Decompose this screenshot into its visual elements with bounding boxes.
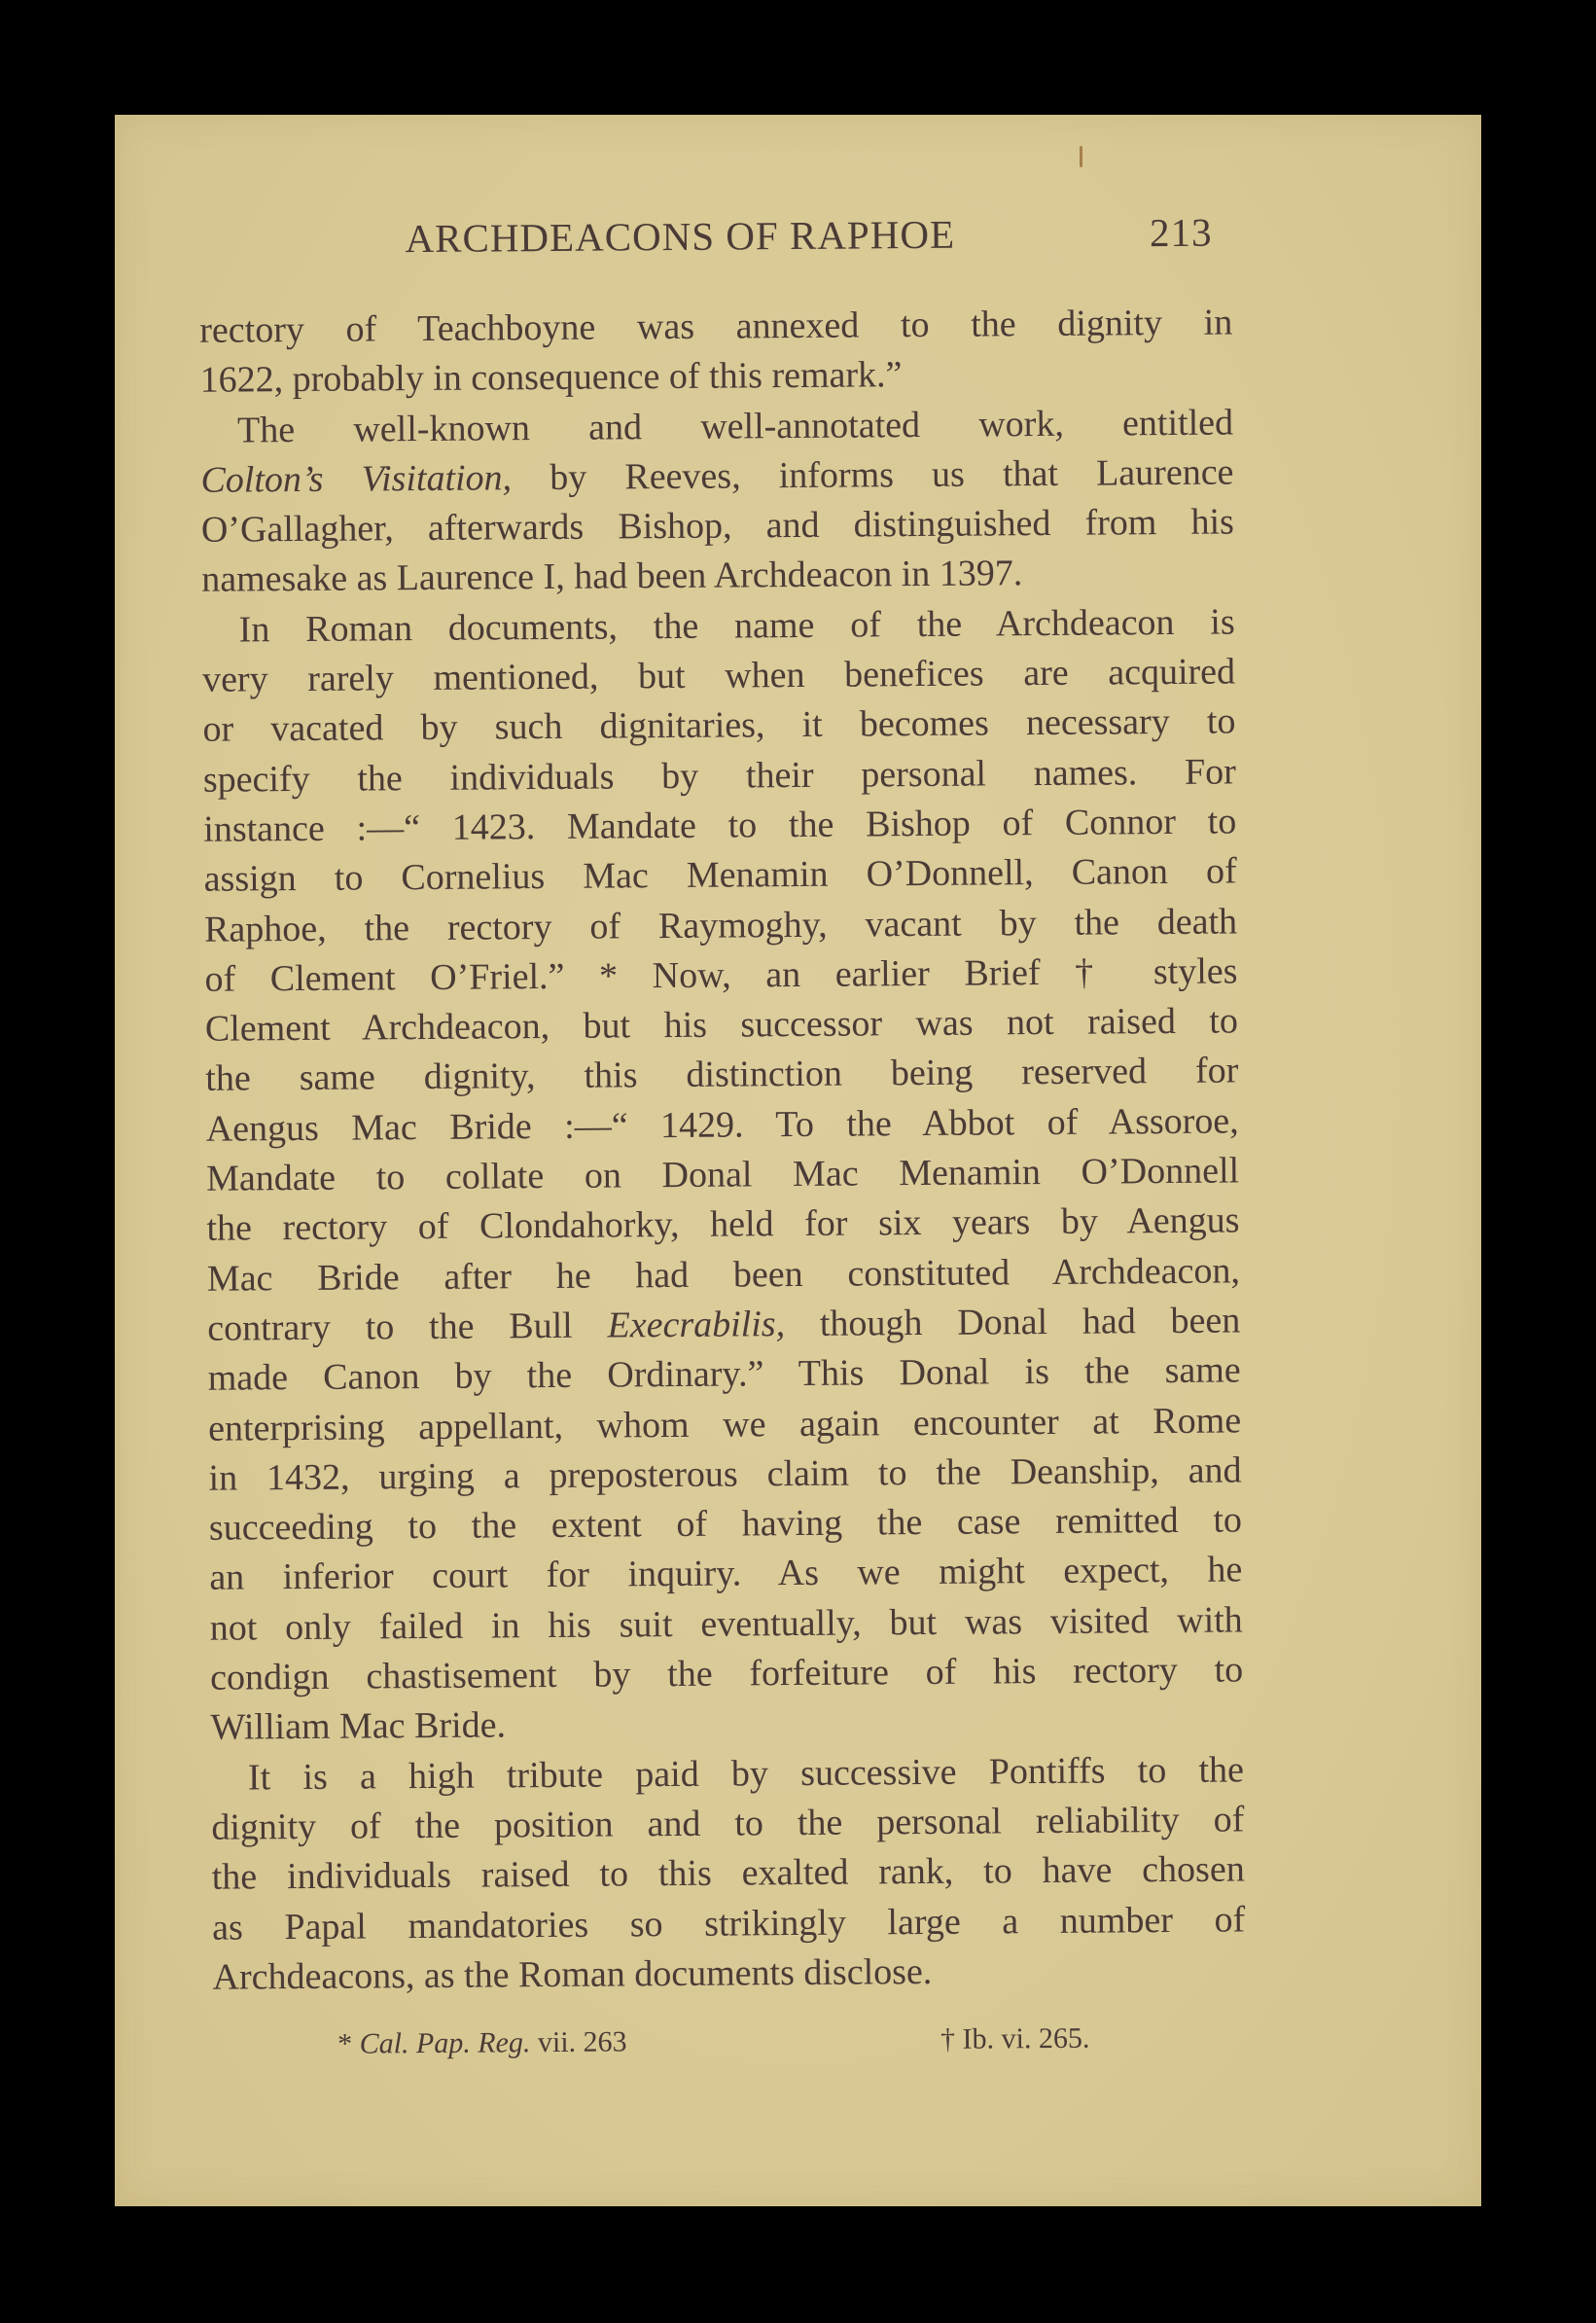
text-line: dignity of the position and to the perso… xyxy=(211,1795,1244,1853)
footnote-mark: * xyxy=(337,2028,352,2060)
text-line: rectory of Teachboyne was annexed to the… xyxy=(199,298,1232,356)
footnote-ref: Ib. vi. 265. xyxy=(955,2022,1090,2055)
running-head: ARCHDEACONS OF RAPHOE 213 xyxy=(405,209,1212,265)
footnote-source: Cal. Pap. Reg. xyxy=(359,2026,530,2059)
page-content: ARCHDEACONS OF RAPHOE 213 rectory of Tea… xyxy=(107,110,1490,2212)
text-line: not only failed in his suit eventually, … xyxy=(210,1595,1243,1654)
text-line: condign chastisement by the forfeiture o… xyxy=(210,1645,1243,1703)
text-line: Raphoe, the rectory of Raymoghy, vacant … xyxy=(204,897,1237,955)
text-line: an inferior court for inquiry. As we mig… xyxy=(209,1546,1242,1604)
paragraph-start-line: It is a high tribute paid by successive … xyxy=(211,1745,1244,1804)
line-text: contrary to the Bull xyxy=(207,1304,608,1348)
text-line: in 1432, urging a preposterous claim to … xyxy=(208,1446,1241,1504)
line-text: though Donal had been xyxy=(785,1300,1241,1344)
text-line: instance :—“ 1423. Mandate to the Bishop… xyxy=(203,797,1236,855)
text-line: made Canon by the Ordinary.” This Donal … xyxy=(208,1346,1241,1405)
text-line: the individuals raised to this exalted r… xyxy=(212,1845,1245,1904)
line-text: by Reeves, informs us that Laurence xyxy=(512,451,1234,498)
text-line: Colton’s Visitation, by Reeves, informs … xyxy=(200,447,1233,506)
text-line: Archdeacons, as the Roman documents disc… xyxy=(212,1945,1245,2003)
body-text: rectory of Teachboyne was annexed to the… xyxy=(199,298,1246,2002)
italic-title: Colton’s Visitation, xyxy=(200,457,512,501)
text-line: very rarely mentioned, but when benefice… xyxy=(202,648,1235,706)
paragraph-start-line: The well-known and well-annotated work, … xyxy=(200,398,1233,456)
text-line: namesake as Laurence I, had been Archdea… xyxy=(201,548,1234,606)
footnote-ref: vii. 263 xyxy=(530,2025,626,2058)
text-line: Mac Bride after he had been constituted … xyxy=(207,1246,1240,1304)
italic-term: Execrabilis, xyxy=(607,1304,785,1345)
text-line: contrary to the Bull Execrabilis, though… xyxy=(207,1296,1240,1354)
text-line: 1622, probably in consequence of this re… xyxy=(199,348,1232,407)
text-line: enterprising appellant, whom we again en… xyxy=(208,1396,1241,1454)
paragraph-start-line: In Roman documents, the name of the Arch… xyxy=(202,597,1235,656)
text-line: the rectory of Clondahorky, held for six… xyxy=(206,1197,1239,1255)
page-number: 213 xyxy=(1150,209,1213,257)
running-title: ARCHDEACONS OF RAPHOE xyxy=(405,211,955,262)
text-line: assign to Cornelius Mac Menamin O’Donnel… xyxy=(204,847,1237,906)
text-line: Mandate to collate on Donal Mac Menamin … xyxy=(206,1146,1239,1204)
text-line: O’Gallagher, afterwards Bishop, and dist… xyxy=(201,498,1234,556)
text-line: or vacated by such dignitaries, it becom… xyxy=(202,697,1235,756)
text-line: of Clement O’Friel.” * Now, an earlier B… xyxy=(204,947,1237,1005)
text-line: the same dignity, this distinction being… xyxy=(205,1047,1238,1105)
footnote-mark: † xyxy=(940,2023,955,2055)
text-line: Clement Archdeacon, but his successor wa… xyxy=(205,997,1238,1055)
text-line: specify the individuals by their persona… xyxy=(203,747,1236,805)
footnote-2: † Ib. vi. 265. xyxy=(940,2022,1090,2056)
text-line: Aengus Mac Bride :—“ 1429. To the Abbot … xyxy=(206,1096,1239,1155)
text-line: William Mac Bride. xyxy=(210,1696,1243,1754)
footnotes: * Cal. Pap. Reg. vii. 263 † Ib. vi. 265. xyxy=(337,2021,1164,2067)
footnote-1: * Cal. Pap. Reg. vii. 263 xyxy=(337,2025,627,2060)
text-line: as Papal mandatories so strikingly large… xyxy=(212,1895,1245,1953)
book-page: ARCHDEACONS OF RAPHOE 213 rectory of Tea… xyxy=(115,115,1481,2206)
text-line: succeeding to the extent of having the c… xyxy=(209,1496,1242,1555)
